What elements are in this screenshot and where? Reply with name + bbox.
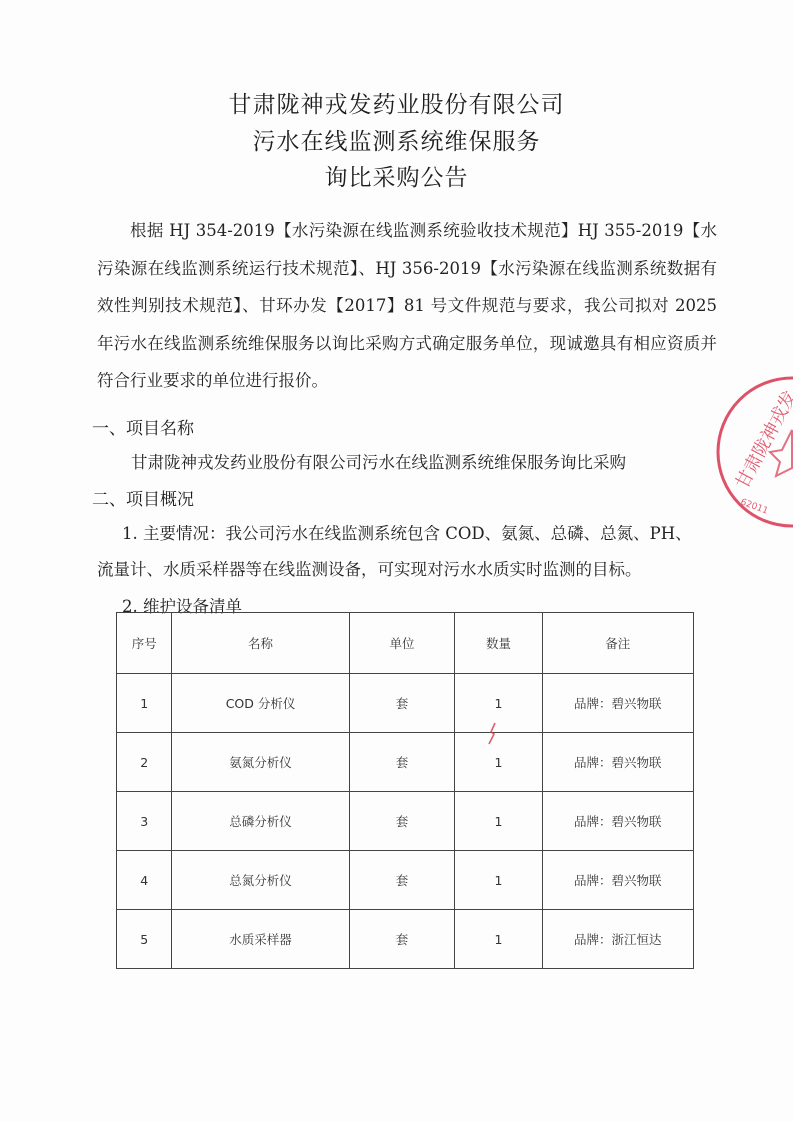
cell-quantity: 1	[455, 910, 542, 969]
header-quantity: 数量	[455, 613, 542, 674]
pen-mark-icon	[485, 722, 499, 746]
intro-paragraph: 根据 HJ 354-2019【水污染源在线监测系统验收技术规范】HJ 355-2…	[97, 212, 717, 400]
table-row: 2 氨氮分析仪 套 1 品牌：碧兴物联	[117, 733, 694, 792]
table-header-row: 序号 名称 单位 数量 备注	[117, 613, 694, 674]
cell-name: 总磷分析仪	[172, 792, 349, 851]
document-page: 甘肃陇神戎发药业股份有限公司 污水在线监测系统维保服务 询比采购公告 根据 HJ…	[0, 0, 793, 1122]
cell-unit: 套	[349, 733, 455, 792]
cell-index: 2	[117, 733, 172, 792]
cell-remark: 品牌：浙江恒达	[542, 910, 693, 969]
cell-index: 1	[117, 674, 172, 733]
cell-remark: 品牌：碧兴物联	[542, 851, 693, 910]
cell-quantity: 1	[455, 851, 542, 910]
header-unit: 单位	[349, 613, 455, 674]
cell-unit: 套	[349, 674, 455, 733]
cell-name: COD 分析仪	[172, 674, 349, 733]
section-heading-project-name: 一、项目名称	[92, 414, 194, 439]
cell-remark: 品牌：碧兴物联	[542, 733, 693, 792]
cell-index: 4	[117, 851, 172, 910]
table-row: 4 总氮分析仪 套 1 品牌：碧兴物联	[117, 851, 694, 910]
equipment-table: 序号 名称 单位 数量 备注 1 COD 分析仪 套 1 品牌：碧兴物联 2 氨…	[116, 612, 694, 969]
title-service: 污水在线监测系统维保服务	[0, 123, 793, 156]
header-remark: 备注	[542, 613, 693, 674]
table-row: 5 水质采样器 套 1 品牌：浙江恒达	[117, 910, 694, 969]
cell-remark: 品牌：碧兴物联	[542, 792, 693, 851]
project-name-text: 甘肃陇神戎发药业股份有限公司污水在线监测系统维保服务询比采购	[131, 449, 626, 473]
title-company: 甘肃陇神戎发药业股份有限公司	[0, 86, 793, 119]
title-announcement: 询比采购公告	[0, 159, 793, 192]
cell-quantity: 1	[455, 792, 542, 851]
cell-name: 水质采样器	[172, 910, 349, 969]
table-row: 3 总磷分析仪 套 1 品牌：碧兴物联	[117, 792, 694, 851]
situation-text-line-2: 流量计、水质采样器等在线监测设备，可实现对污水水质实时监测的目标。	[97, 556, 642, 580]
situation-text-line-1: 1. 主要情况：我公司污水在线监测系统包含 COD、氨氮、总磷、总氮、PH、	[122, 520, 692, 544]
cell-unit: 套	[349, 910, 455, 969]
cell-name: 氨氮分析仪	[172, 733, 349, 792]
company-seal-icon: 甘肃陇神戎发 62011	[712, 372, 793, 532]
cell-index: 3	[117, 792, 172, 851]
svg-text:62011: 62011	[739, 497, 769, 516]
section-heading-project-overview: 二、项目概况	[92, 485, 194, 510]
cell-index: 5	[117, 910, 172, 969]
header-name: 名称	[172, 613, 349, 674]
header-index: 序号	[117, 613, 172, 674]
table-row: 1 COD 分析仪 套 1 品牌：碧兴物联	[117, 674, 694, 733]
svg-text:甘肃陇神戎发: 甘肃陇神戎发	[732, 387, 793, 492]
cell-remark: 品牌：碧兴物联	[542, 674, 693, 733]
cell-unit: 套	[349, 851, 455, 910]
cell-unit: 套	[349, 792, 455, 851]
cell-name: 总氮分析仪	[172, 851, 349, 910]
